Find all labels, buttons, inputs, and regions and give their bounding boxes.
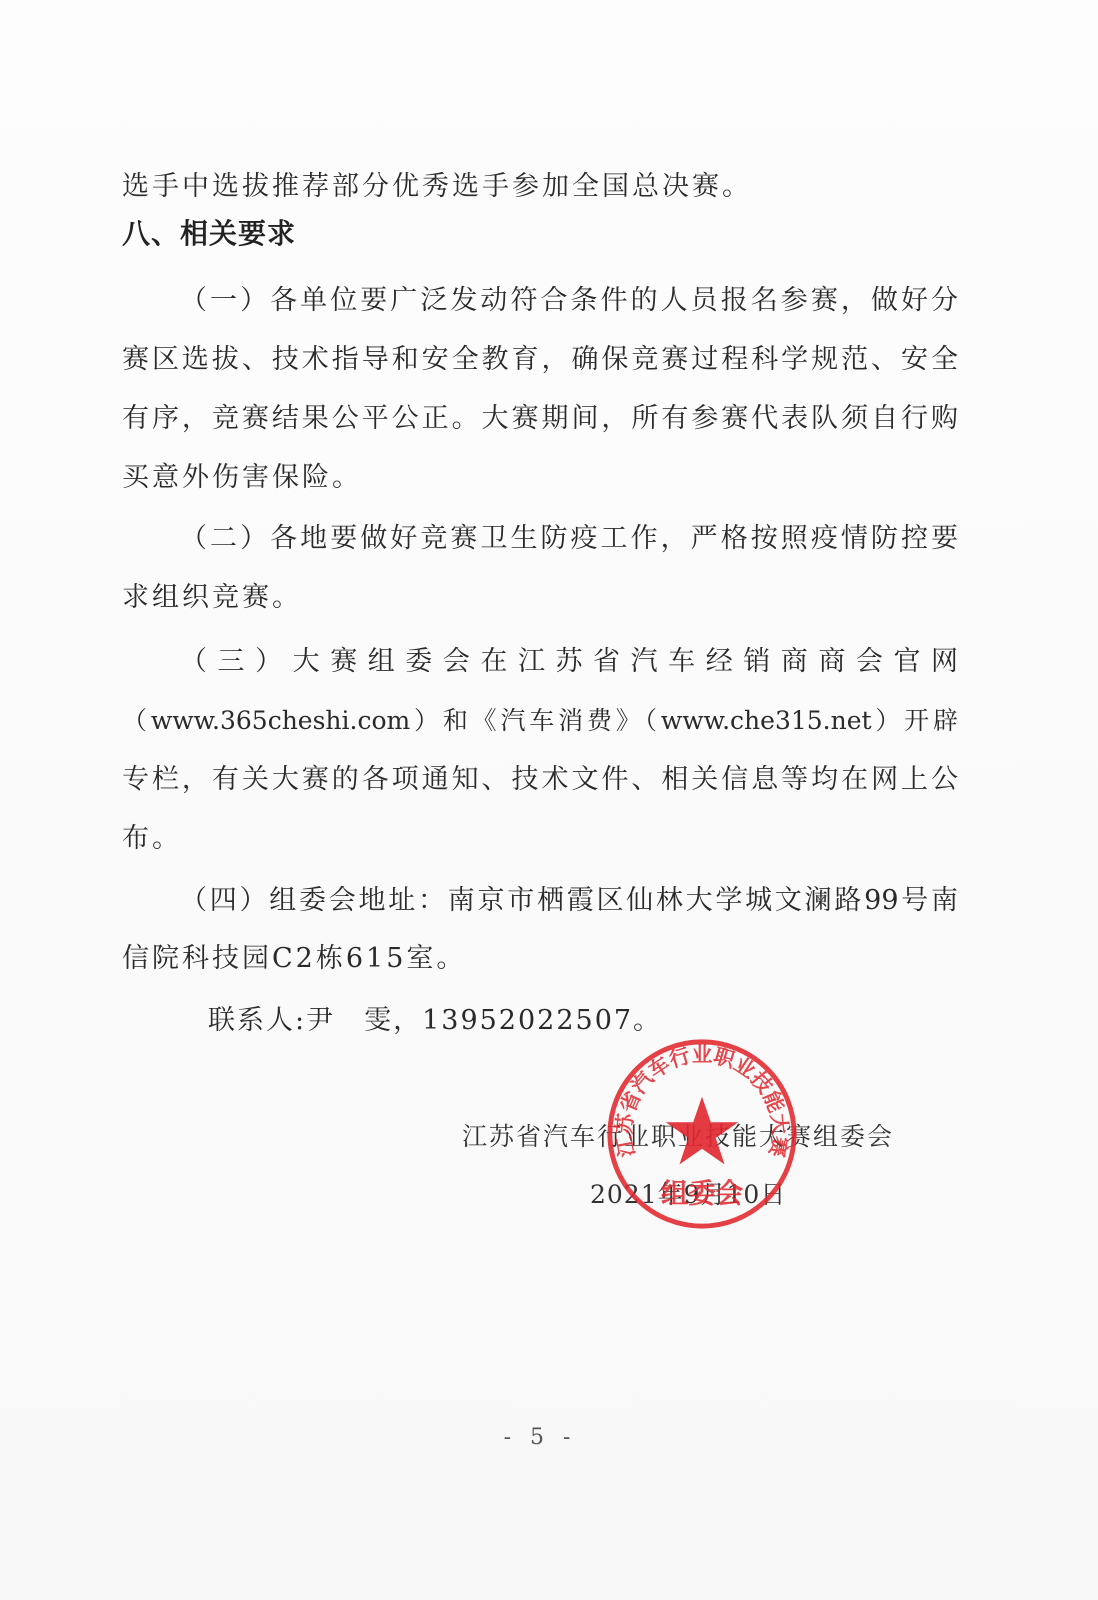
item-3-line-2: （www.365cheshi.com）和《汽车消费》（www.che315.ne… bbox=[122, 704, 958, 738]
item-2-line-2: 求组织竞赛。 bbox=[122, 581, 958, 615]
item-4-line-1: （四）组委会地址：南京市栖霞区仙林大学城文澜路99号南 bbox=[180, 884, 958, 918]
item-1-line-1: （一）各单位要广泛发动符合条件的人员报名参赛，做好分 bbox=[180, 284, 958, 318]
page-number: - 5 - bbox=[500, 1425, 580, 1450]
item-1-line-4: 买意外伤害保险。 bbox=[122, 461, 958, 495]
seal-bottom-text: 组委会 bbox=[661, 1179, 744, 1210]
item-4-line-2: 信院科技园C2栋615室。 bbox=[122, 942, 958, 976]
contact-line: 联系人:尹 雯，13952022507。 bbox=[208, 1004, 1044, 1038]
item-3-line-4: 布。 bbox=[122, 822, 958, 856]
item-1-line-2: 赛区选拔、技术指导和安全教育，确保竞赛过程科学规范、安全 bbox=[122, 343, 958, 377]
item-3-line-3: 专栏，有关大赛的各项通知、技术文件、相关信息等均在网上公 bbox=[122, 763, 958, 797]
item-1-line-3: 有序，竞赛结果公平公正。大赛期间，所有参赛代表队须自行购 bbox=[122, 402, 958, 436]
item-3-line-1: （三）大赛组委会在江苏省汽车经销商商会官网 bbox=[180, 645, 958, 679]
intro-line: 选手中选拔推荐部分优秀选手参加全国总决赛。 bbox=[122, 170, 958, 204]
section-heading: 八、相关要求 bbox=[122, 216, 296, 252]
document-page: 选手中选拔推荐部分优秀选手参加全国总决赛。 八、相关要求 （一）各单位要广泛发动… bbox=[0, 0, 1098, 1600]
item-2-line-1: （二）各地要做好竞赛卫生防疫工作，严格按照疫情防控要 bbox=[180, 522, 958, 556]
official-seal-icon: 江苏省汽车行业职业技能大赛 组委会 bbox=[604, 1036, 800, 1232]
